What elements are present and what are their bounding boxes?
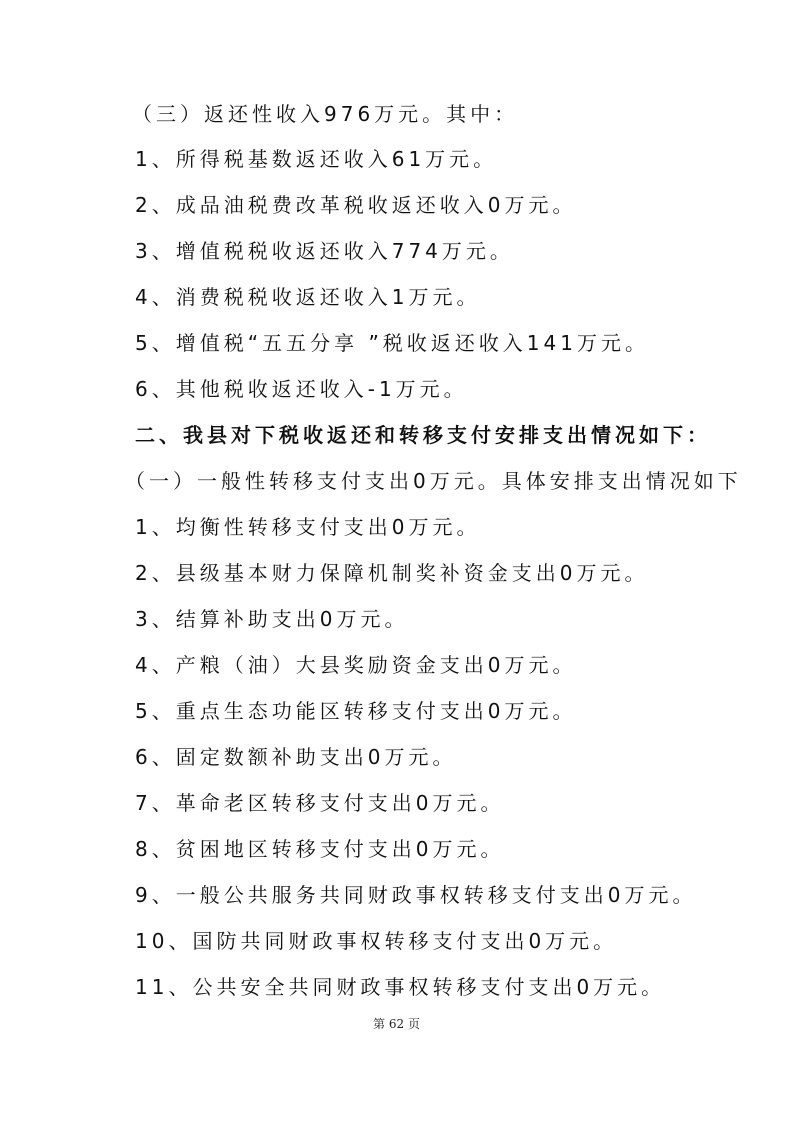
list-item: 2、县级基本财力保障机制奖补资金支出0万元。 <box>135 561 648 585</box>
list-item: 9、一般公共服务共同财政事权转移支付支出0万元。 <box>135 883 696 907</box>
list-item: 10、国防共同财政事权转移支付支出0万元。 <box>135 929 617 953</box>
subsection-heading: （一）一般性转移支付支出0万元。具体安排支出情况如下 <box>125 469 742 493</box>
list-item: 4、消费税税收返还收入1万元。 <box>135 285 480 309</box>
list-item: 1、所得税基数返还收入61万元。 <box>135 147 497 171</box>
list-item: 8、贫困地区转移支付支出0万元。 <box>135 837 504 861</box>
list-item: 5、增值税“五五分享 ”税收返还收入141万元。 <box>135 331 649 355</box>
list-item: 11、公共安全共同财政事权转移支付支出0万元。 <box>135 975 665 999</box>
list-item: 3、结算补助支出0万元。 <box>135 607 408 631</box>
page-number: 第 62 页 <box>0 1015 793 1032</box>
list-item: 3、增值税税收返还收入774万元。 <box>135 239 514 263</box>
list-item: 7、革命老区转移支付支出0万元。 <box>135 791 504 815</box>
list-item: 5、重点生态功能区转移支付支出0万元。 <box>135 699 576 723</box>
section-returned-revenue: （三）返还性收入976万元。其中： <box>132 102 518 126</box>
list-item: 2、成品油税费改革税收返还收入0万元。 <box>135 193 576 217</box>
list-item: 4、产粮（油）大县奖励资金支出0万元。 <box>135 653 576 677</box>
list-item: 6、其他税收返还收入-1万元。 <box>135 377 468 401</box>
section-heading: 二、我县对下税收返还和转移支付安排支出情况如下： <box>135 423 711 447</box>
list-item: 1、均衡性转移支付支出0万元。 <box>135 515 480 539</box>
list-item: 6、固定数额补助支出0万元。 <box>135 745 456 769</box>
